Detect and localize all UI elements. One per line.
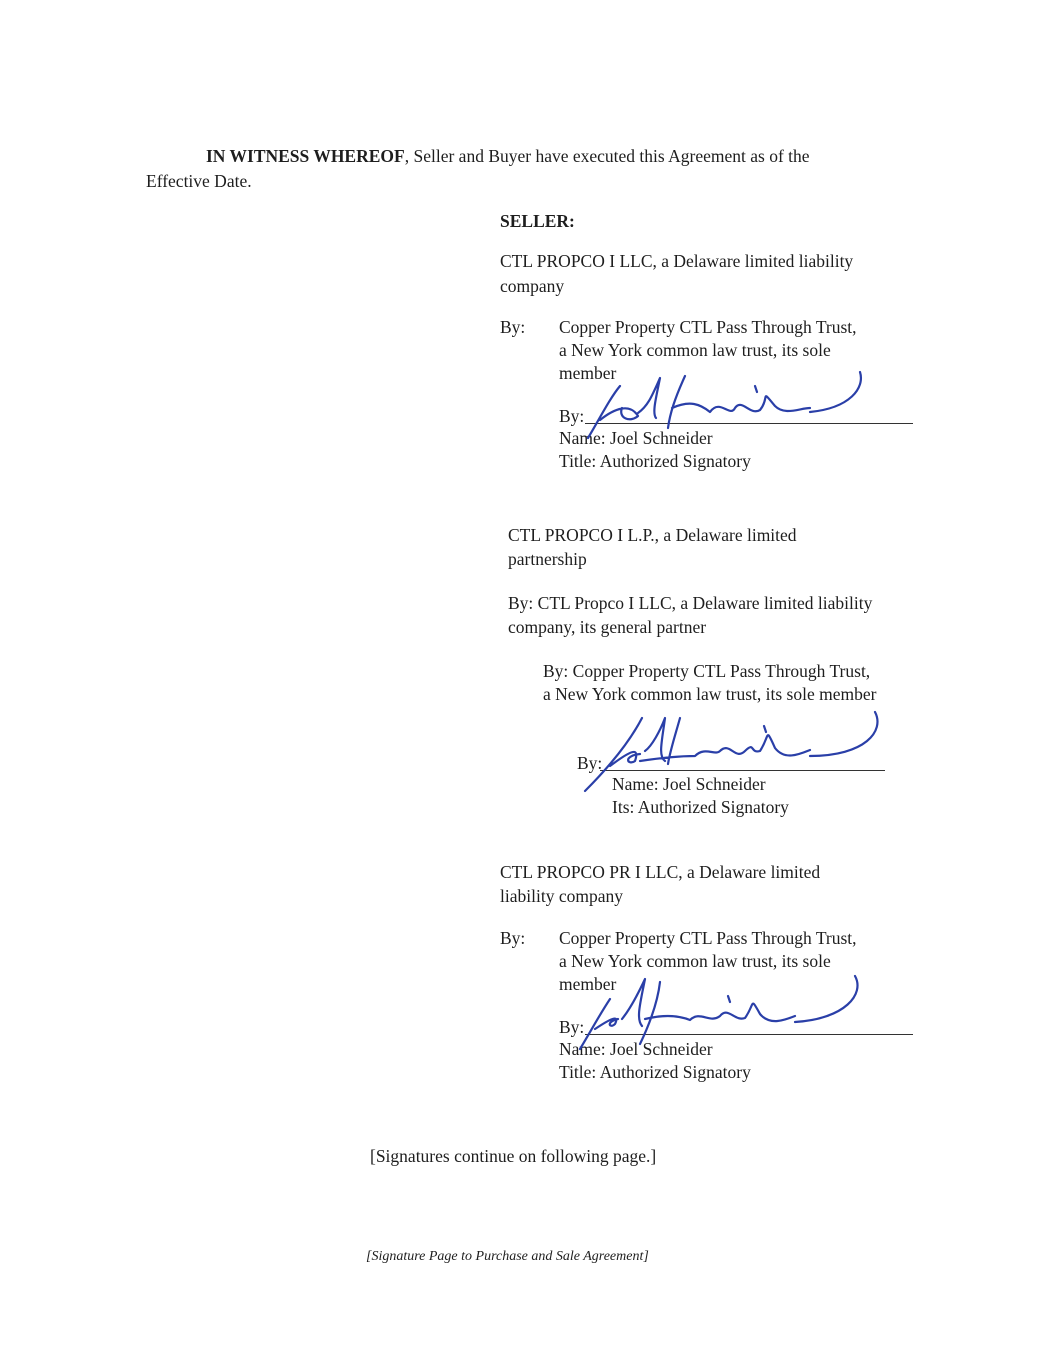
signature-image [560, 368, 880, 448]
entity-name: CTL PROPCO I L.P., a Delaware limited [508, 524, 797, 546]
by-text: By: Copper Property CTL Pass Through Tru… [543, 660, 870, 682]
intro-text: , Seller and Buyer have executed this Ag… [405, 146, 810, 166]
by-text: Copper Property CTL Pass Through Trust, [559, 927, 857, 949]
signatory-title: Title: Authorized Signatory [559, 450, 751, 472]
page-footer: [Signature Page to Purchase and Sale Agr… [366, 1246, 649, 1268]
by-text: By: CTL Propco I LLC, a Delaware limited… [508, 592, 872, 614]
signature-image [580, 706, 900, 796]
intro-paragraph-line2: Effective Date. [146, 170, 252, 192]
by-label: By: [500, 927, 525, 949]
by-text: a New York common law trust, its sole [559, 339, 831, 361]
entity-type: liability company [500, 885, 623, 907]
by-text: a New York common law trust, its sole me… [543, 683, 876, 705]
entity-name: CTL PROPCO I LLC, a Delaware limited lia… [500, 250, 853, 272]
seller-heading: SELLER: [500, 210, 575, 232]
signatory-title: Its: Authorized Signatory [612, 796, 789, 818]
signature-image [560, 974, 880, 1060]
continue-note: [Signatures continue on following page.] [370, 1145, 656, 1167]
signatory-title: Title: Authorized Signatory [559, 1061, 751, 1083]
intro-bold: IN WITNESS WHEREOF [206, 146, 405, 166]
entity-type: partnership [508, 548, 587, 570]
entity-type: company [500, 275, 564, 297]
by-text: a New York common law trust, its sole [559, 950, 831, 972]
by-text: company, its general partner [508, 616, 706, 638]
intro-paragraph-line1: IN WITNESS WHEREOF, Seller and Buyer hav… [206, 145, 810, 167]
by-label: By: [500, 316, 525, 338]
entity-name: CTL PROPCO PR I LLC, a Delaware limited [500, 861, 820, 883]
by-text: Copper Property CTL Pass Through Trust, [559, 316, 857, 338]
